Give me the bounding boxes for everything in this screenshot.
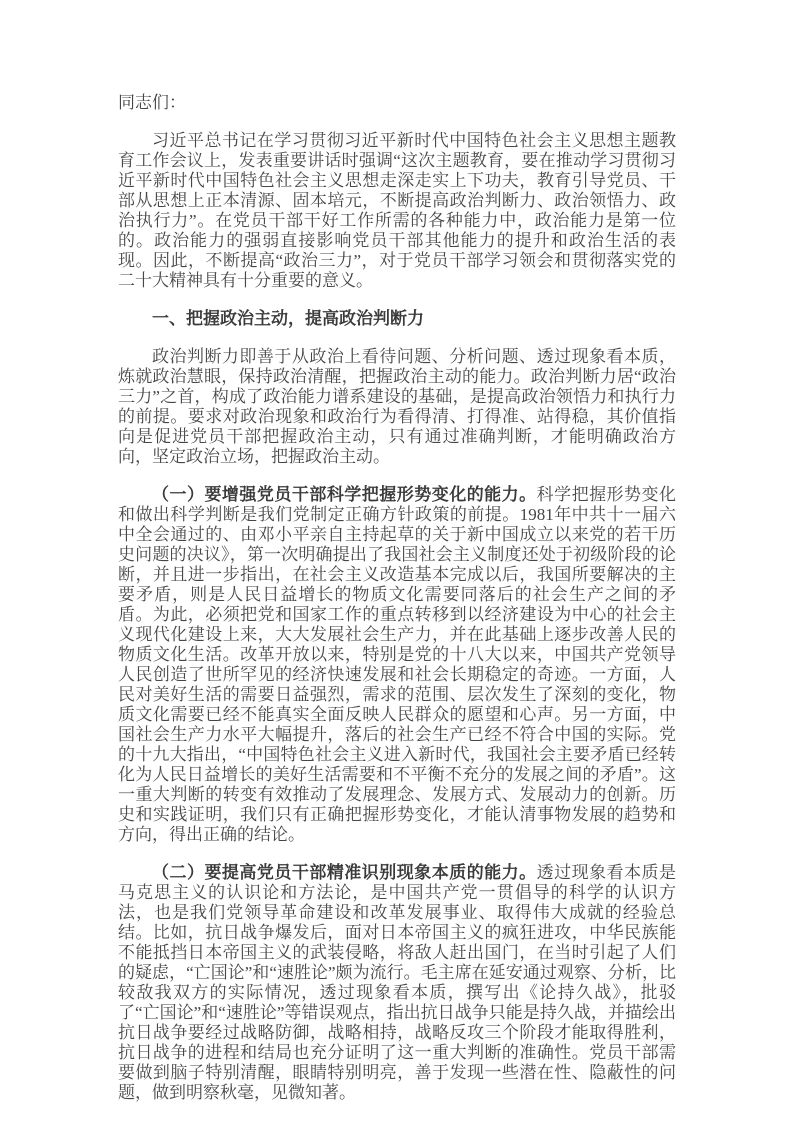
- paragraph-judgment: 政治判断力即善于从政治上看待问题、分析问题、透过现象看本质，炼就政治慧眼，保持政…: [118, 347, 676, 467]
- paragraph-text: 习近平总书记在学习贯彻习近平新时代中国特色社会主义思想主题教育工作会议上，发表重…: [118, 131, 676, 290]
- document-page: 同志们： 习近平总书记在学习贯彻习近平新时代中国特色社会主义思想主题教育工作会议…: [0, 0, 793, 1122]
- paragraph-item-1: （一）要增强党员干部科学把握形势变化的能力。科学把握形势变化和做出科学判断是我们…: [118, 485, 676, 845]
- paragraph-text: 政治判断力即善于从政治上看待问题、分析问题、透过现象看本质，炼就政治慧眼，保持政…: [118, 347, 676, 466]
- paragraph-lead-item-1: （一）要增强党员干部科学把握形势变化的能力。: [152, 485, 537, 504]
- document-content: 同志们： 习近平总书记在学习贯彻习近平新时代中国特色社会主义思想主题教育工作会议…: [118, 93, 676, 1103]
- paragraph-item-2: （二）要提高党员干部精准识别现象本质的能力。透过现象看本质是马克思主义的认识论和…: [118, 863, 676, 1103]
- paragraph-text: 科学把握形势变化和做出科学判断是我们党制定正确方针政策的前提。1981年中共十一…: [118, 485, 676, 844]
- salutation: 同志们：: [118, 93, 676, 113]
- paragraph-intro: 习近平总书记在学习贯彻习近平新时代中国特色社会主义思想主题教育工作会议上，发表重…: [118, 131, 676, 291]
- paragraph-text: 透过现象看本质是马克思主义的认识论和方法论，是中国共产党一贯倡导的科学的认识方法…: [118, 863, 676, 1102]
- section-heading-political-judgment: 一、把握政治主动，提高政治判断力: [118, 309, 676, 329]
- salutation-text: 同志们：: [118, 93, 186, 112]
- paragraph-lead-item-2: （二）要提高党员干部精准识别现象本质的能力。: [152, 863, 537, 882]
